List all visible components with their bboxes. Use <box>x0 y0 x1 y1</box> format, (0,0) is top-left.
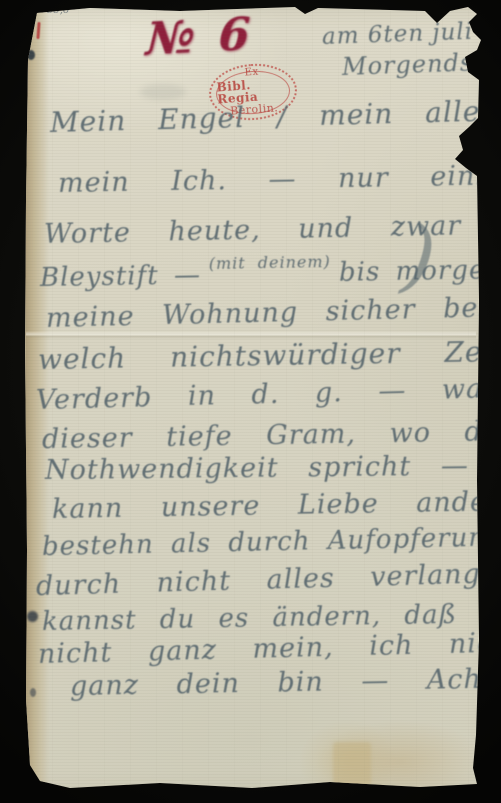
manuscript-line-2: mein Ich. — nur einige <box>58 160 501 199</box>
smudge <box>140 84 186 100</box>
manuscript-line-4-tail: bis morgen ist <box>339 254 501 288</box>
manuscript-line-7: Verderb in d. g. — warum <box>36 372 501 416</box>
paper-repair-patch <box>333 742 371 786</box>
date-line: am 6ten juli <box>322 19 474 50</box>
manuscript-line-9: Nothwendigkeit spricht — <box>45 451 469 486</box>
scan-background: 35,6 № 6 Ex Bibl. Regia Berolin. am 6ten… <box>0 0 501 803</box>
archive-number-red: № 6 <box>145 7 256 66</box>
manuscript-line-6: welch nichtswürdiger Zeit= <box>38 334 501 376</box>
date-line: Morgends. — <box>342 47 501 81</box>
manuscript-line-10: kann unsere Liebe anders <box>52 486 501 525</box>
manuscript-line-11: bestehn als durch Aufopferungen, <box>42 521 501 562</box>
manuscript-line-8: dieser tiefe Gram, wo die <box>42 416 501 455</box>
letter-page: 35,6 № 6 Ex Bibl. Regia Berolin. am 6ten… <box>0 0 501 803</box>
manuscript-line-5: meine Wohnung sicher bestimmt, <box>46 290 501 334</box>
manuscript-line-4-insertion: (mit deinem) <box>209 252 331 273</box>
manuscript-line-4-main: Bleystift — <box>40 260 201 293</box>
folio-number: 35,6 <box>47 5 69 16</box>
manuscript-line-1: Mein Engel / mein alles / <box>50 93 501 139</box>
manuscript-line-12: durch nicht alles verlangen, <box>36 557 501 602</box>
manuscript-line-15: ganz dein bin — Ach Gott <box>70 662 501 702</box>
